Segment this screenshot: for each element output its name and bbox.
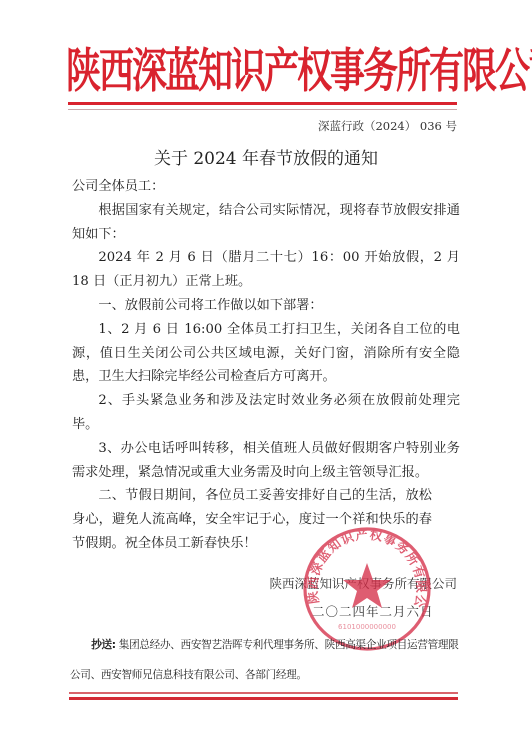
paragraph-section-one: 一、放假前公司将工作做以如下部署： (72, 294, 460, 318)
paragraph-item-1: 1、2 月 6 日 16:00 全体员工打扫卫生，关闭各自工位的电源，值日生关闭… (72, 318, 460, 389)
footer-rule-thick (69, 697, 458, 700)
letterhead-gray-rule (68, 109, 457, 110)
footer-rule-thin (69, 692, 458, 694)
document-number: 深蓝行政（2024） 036 号 (318, 118, 457, 134)
salutation: 公司全体员工： (72, 175, 460, 199)
notice-title: 关于 2024 年春节放假的通知 (0, 144, 532, 169)
notice-body: 公司全体员工： 根据国家有关规定，结合公司实际情况，现将春节放假安排通知如下： … (72, 175, 460, 556)
notice-document: 陕西深蓝知识产权事务所有限公司 深蓝行政（2024） 036 号 关于 2024… (0, 0, 532, 750)
paragraph-item-3: 3、办公电话呼叫转移，相关值班人员做好假期客户特别业务需求处理，紧急情况或重大业… (72, 437, 460, 485)
letterhead-red-rule (68, 102, 457, 105)
cc-label: 抄送: (91, 639, 116, 651)
cc-recipients: 集团总经办、西安智艺浩晖专利代理事务所、陕西高渠企业项目运营管理限公司、西安智师… (70, 639, 459, 681)
paragraph-intro: 根据国家有关规定，结合公司实际情况，现将春节放假安排通知如下： (72, 199, 460, 247)
carbon-copy: 抄送: 集团总经办、西安智艺浩晖专利代理事务所、陕西高渠企业项目运营管理限公司、… (70, 630, 465, 690)
paragraph-item-2: 2、手头紧急业务和涉及法定时效业务必须在放假前处理完毕。 (72, 389, 460, 437)
organization-letterhead: 陕西深蓝知识产权事务所有限公司 (66, 34, 462, 110)
paragraph-schedule: 2024 年 2 月 6 日（腊月二十七）16：00 开始放假，2 月 18 日… (72, 246, 460, 294)
